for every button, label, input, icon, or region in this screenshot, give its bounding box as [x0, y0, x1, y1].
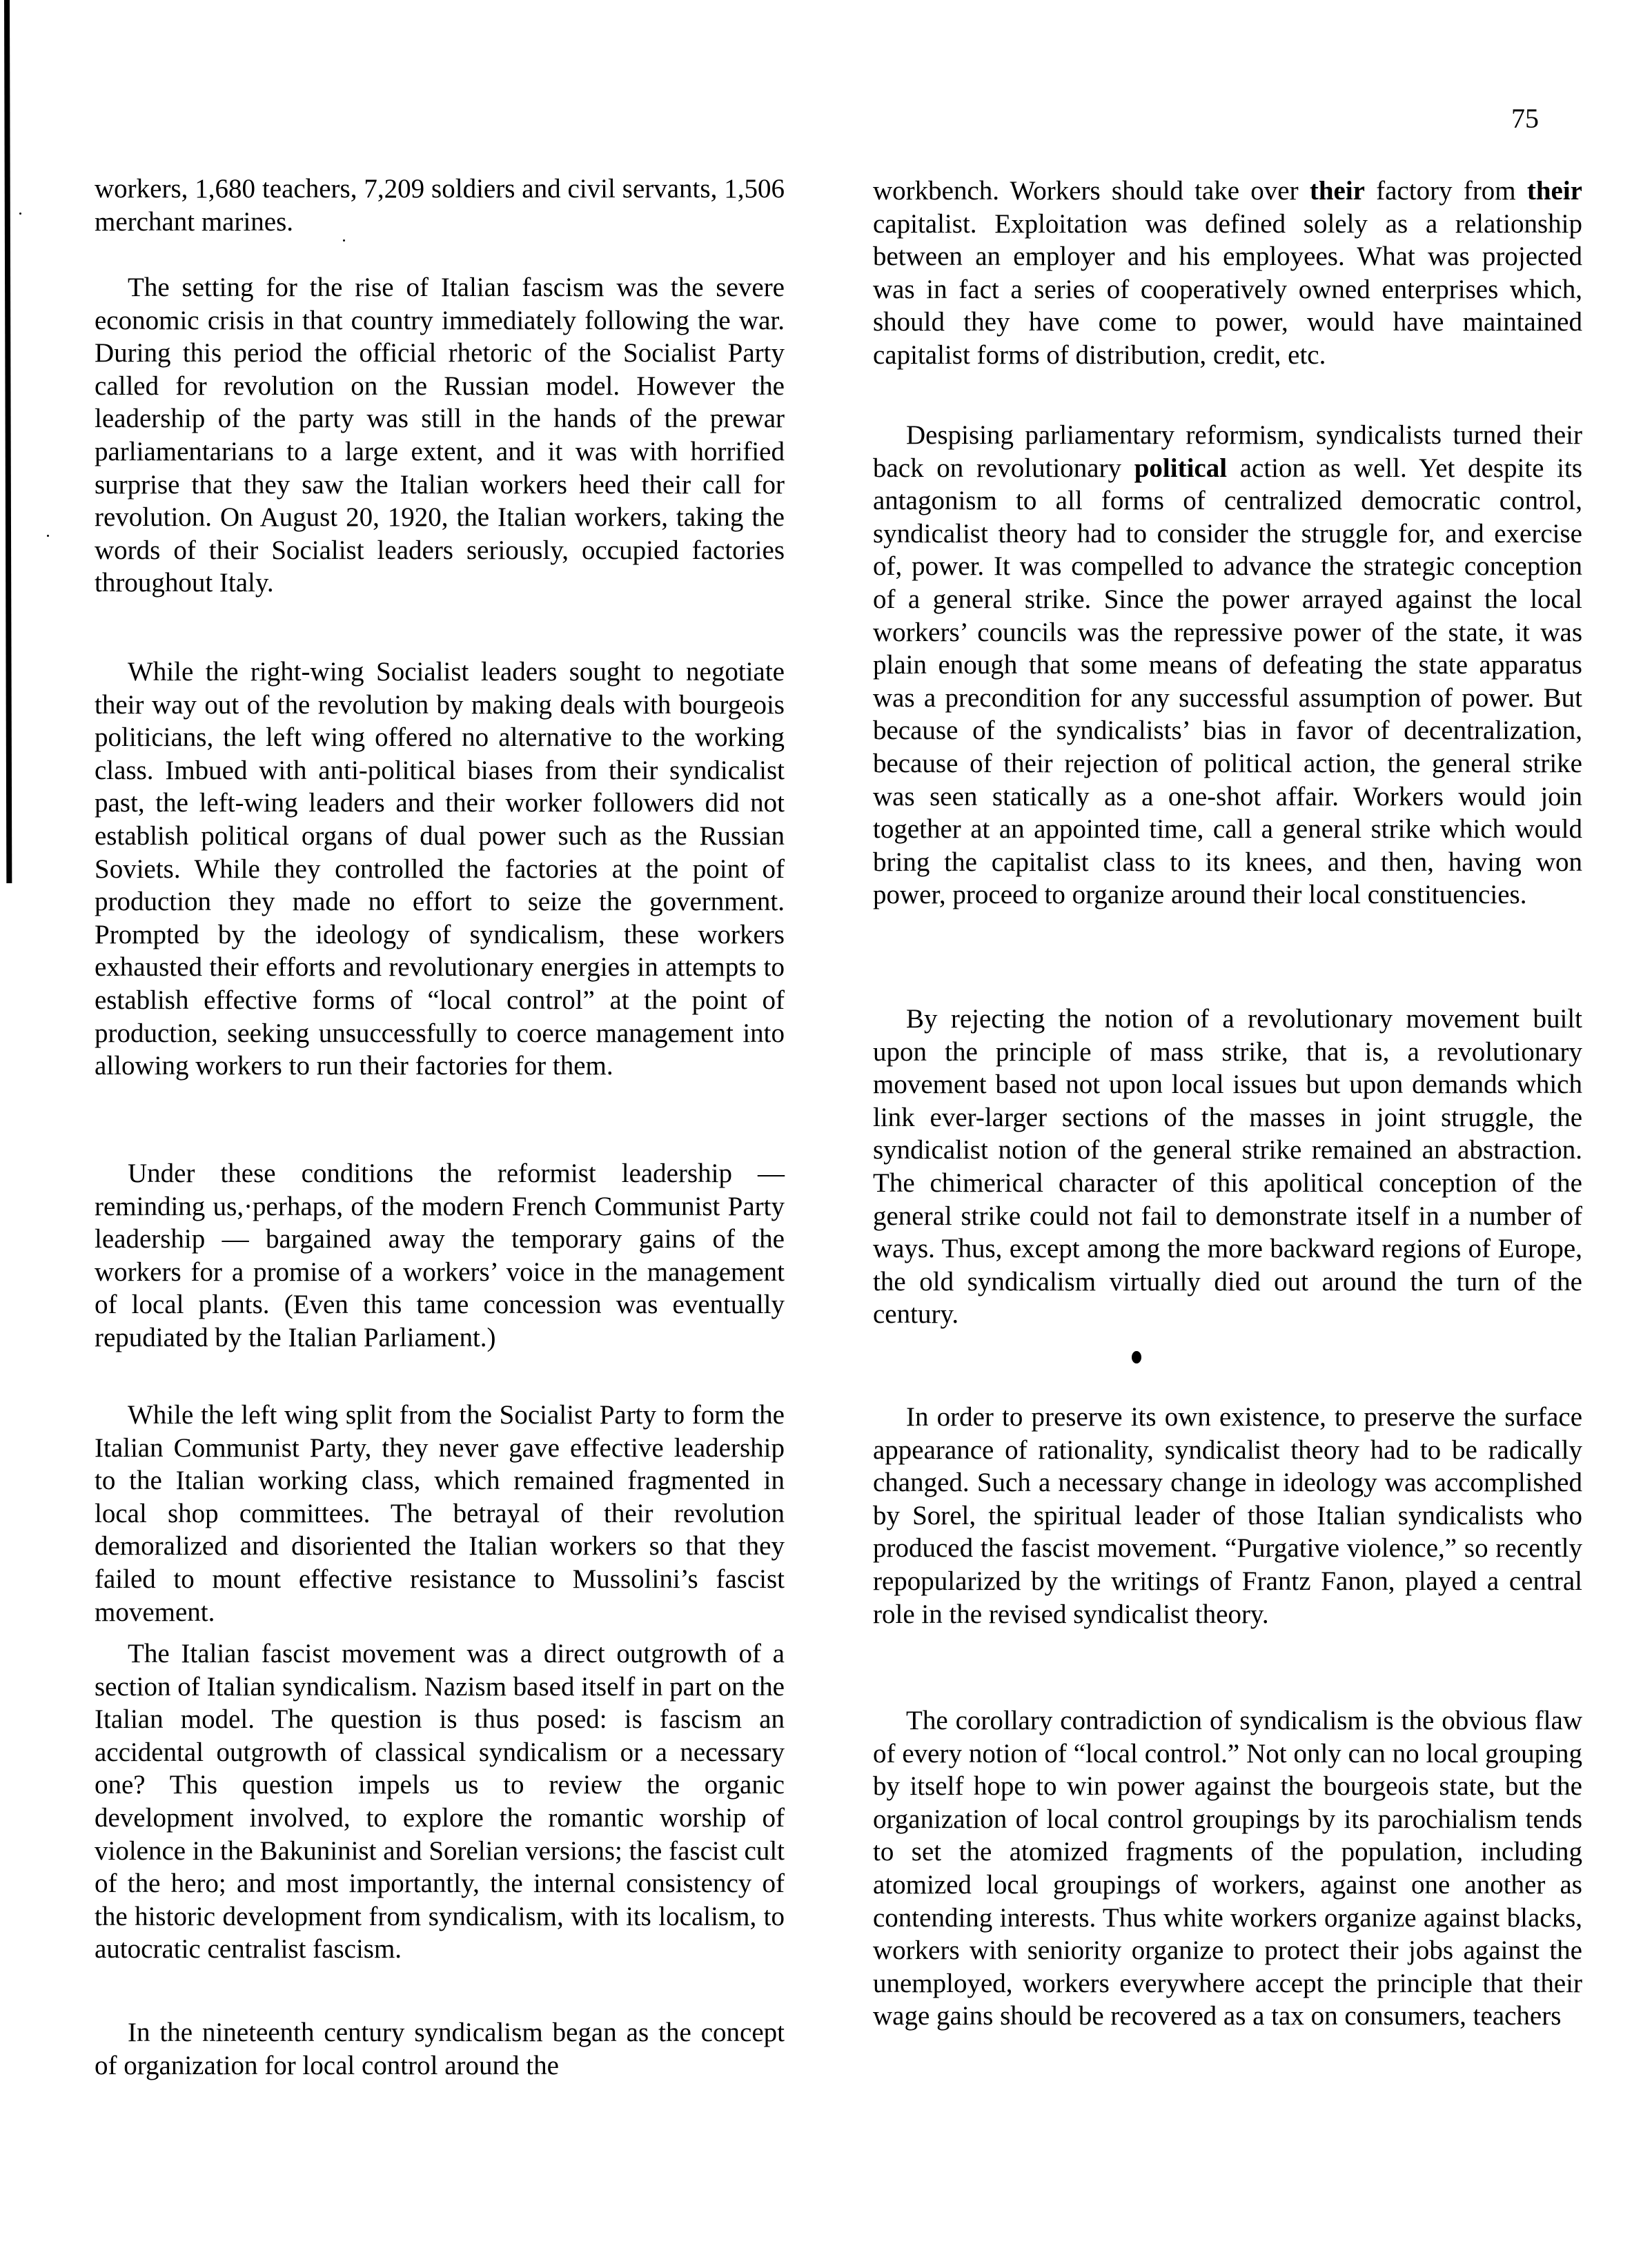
right-paragraph-1: workbench. Workers should take over thei… [873, 175, 1582, 372]
right-paragraph-5: The corollary contradiction of syndicali… [873, 1704, 1582, 2033]
left-paragraph-7: In the nineteenth century syndicalism be… [95, 2016, 785, 2082]
scan-edge-rule [4, 0, 12, 883]
page-number: 75 [1511, 102, 1539, 135]
text-segment: capitalist. Exploitation was defined sol… [873, 209, 1582, 370]
scan-speck [19, 213, 21, 215]
scan-speck [343, 239, 345, 242]
right-paragraph-4: In order to preserve its own existence, … [873, 1401, 1582, 1631]
left-paragraph-3: While the right-wing Socialist leaders s… [95, 656, 785, 1083]
emphasis-political: political [1134, 453, 1227, 483]
left-paragraph-4: Under these conditions the reformist lea… [95, 1157, 785, 1355]
emphasis-their: their [1310, 176, 1365, 206]
text-segment: action as well. Yet despite its antagoni… [873, 453, 1582, 910]
left-paragraph-2: The setting for the rise of Italian fasc… [95, 271, 785, 600]
text-segment: workbench. Workers should take over [873, 176, 1310, 206]
scan-speck [47, 535, 49, 537]
left-paragraph-1: workers, 1,680 teachers, 7,209 soldiers … [95, 173, 785, 238]
right-paragraph-2: Despising parliamentary reformism, syndi… [873, 419, 1582, 912]
text-segment: factory from [1365, 176, 1527, 206]
emphasis-their: their [1527, 176, 1582, 206]
section-bullet-icon [1132, 1351, 1141, 1363]
left-paragraph-6: The Italian fascist movement was a direc… [95, 1637, 785, 1966]
right-paragraph-3: By rejecting the notion of a revolutiona… [873, 1003, 1582, 1331]
left-paragraph-5: While the left wing split from the Socia… [95, 1399, 785, 1628]
